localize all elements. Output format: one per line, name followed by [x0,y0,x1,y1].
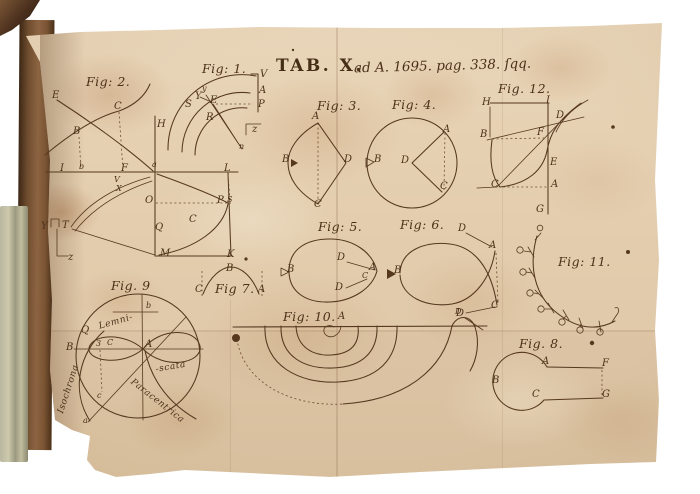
fig8-label-B: B [492,376,499,386]
fig1-label-y: y [202,85,207,93]
fig2-caption: Fig: 2. [86,76,130,89]
fig2-label-V: V [114,176,120,184]
fig3-label-D: D [344,155,352,165]
plate-lettering: TAB. X. ad A. 1695. pag. 338. ſqq. Fig: … [0,0,700,494]
fig1-label-n: n [239,143,244,151]
fig5-caption: Fig: 5. [318,221,362,234]
fig12-label-G: G [536,205,544,215]
fig10-caption: Fig: 10. [283,311,336,324]
fig6-label-D1: D [458,224,466,234]
fig12-label-E: E [550,158,557,168]
fig9-text-isochrona: Isochrona [57,364,81,415]
fig1-label-V: V [260,70,267,80]
fig9-label-Q: Q [81,326,89,336]
fig1-label-P: P [258,100,265,110]
fig6-label-A: A [489,241,496,251]
fig6-label-B: B [394,266,401,276]
fig6-label-C: C [491,301,499,311]
fig9-text-lemniscata-1: Lemni- [98,313,134,331]
fig7-caption: Fig 7. [215,283,255,296]
fig12-label-B: B [480,130,487,140]
fig2-label-Y: Y [41,222,48,232]
fig12-label-H: H [482,98,491,108]
fig2-label-Cscript: C [189,215,197,225]
fig7-label-C: C [195,285,203,295]
fig4-label-C: C [440,182,448,192]
fig1-label-R: R [206,113,214,123]
photo-of-antique-plate: TAB. X. ad A. 1695. pag. 338. ſqq. Fig: … [0,0,700,494]
fig2-label-Z: z [68,253,73,263]
fig8-label-C: C [532,390,540,400]
fig12-caption: Fig. 12. [498,83,551,96]
fig2-label-b: b [79,163,84,171]
fig9-label-b: b [146,302,151,310]
fig7-label-A: A [258,285,265,295]
fig12-label-A: A [551,180,558,190]
fig8-caption: Fig. 8. [519,338,563,351]
fig2-label-F: F [121,164,128,174]
fig2-label-C: C [114,102,122,112]
fig2-label-H: H [157,120,166,130]
fig5-label-D1: D [337,253,345,263]
fig7-label-B: B [226,264,233,274]
fig1-label-A: A [259,86,266,96]
fig4-label-B: B [374,155,381,165]
fig9-label-C: C [107,339,113,347]
fig3-label-B: B [282,155,289,165]
fig2-label-X: X [116,185,122,193]
fig2-label-K: K [227,250,234,260]
fig2-label-I: I [60,164,64,174]
fig9-label-a: a [83,417,88,425]
fig1-label-Z: z [252,125,257,135]
fig5-label-B: B [287,265,294,275]
fig4-label-D: D [401,156,409,166]
fig10-label-A: A [338,312,345,322]
fig9-text-paracentrica: Paracentrica [128,378,185,425]
fig1-label-S: S [185,100,192,110]
fig2-label-E: E [52,91,59,101]
fig12-label-F: F [537,128,544,138]
fig8-label-A: A [542,357,549,367]
fig1-label-Y: Y [195,92,202,102]
fig12-label-D: D [556,111,564,121]
fig5-label-D2: D [335,283,343,293]
fig12-label-C: C [491,180,499,190]
fig10-label-D: D [455,308,461,316]
fig2-label-a: a [152,161,157,169]
fig5-label-C: C [362,272,368,280]
fig8-label-F: F [602,359,609,369]
fig9-label-c: c [97,392,101,400]
fig4-caption: Fig: 4. [392,99,436,112]
fig8-label-G: G [602,390,610,400]
fig5-label-A: A [369,263,376,273]
fig1-caption: Fig: 1. [202,63,246,76]
fig6-caption: Fig: 6. [400,219,444,232]
fig2-label-S: S [227,196,232,204]
fig2-label-Q: Q [155,223,163,233]
fig4-label-A: A [443,125,450,135]
fig2-label-B: B [73,127,80,137]
fig12-label-I: I [546,96,550,106]
fig1-label-E: E [210,96,217,106]
fig9-caption: Fig. 9 [111,280,151,293]
fig9-text-lemniscata-2: -scata [155,361,187,375]
plate-title: TAB. X. [276,58,364,75]
fig3-label-C: C [314,200,322,210]
plate-title-annotation: ad A. 1695. pag. 338. ſqq. [354,58,531,76]
fig2-label-M: M [160,249,170,259]
fig2-label-T: T [62,221,69,231]
fig9-label-A: A [145,340,152,350]
fig9-label-3: 3 [96,340,101,348]
fig9-label-B: B [66,343,73,353]
fig11-caption: Fig: 11. [558,256,611,269]
fig3-caption: Fig: 3. [317,100,361,113]
fig2-label-O: O [145,196,153,206]
fig2-label-P: P [217,196,224,206]
fig3-label-A: A [312,112,319,122]
fig2-label-L: L [224,164,231,174]
